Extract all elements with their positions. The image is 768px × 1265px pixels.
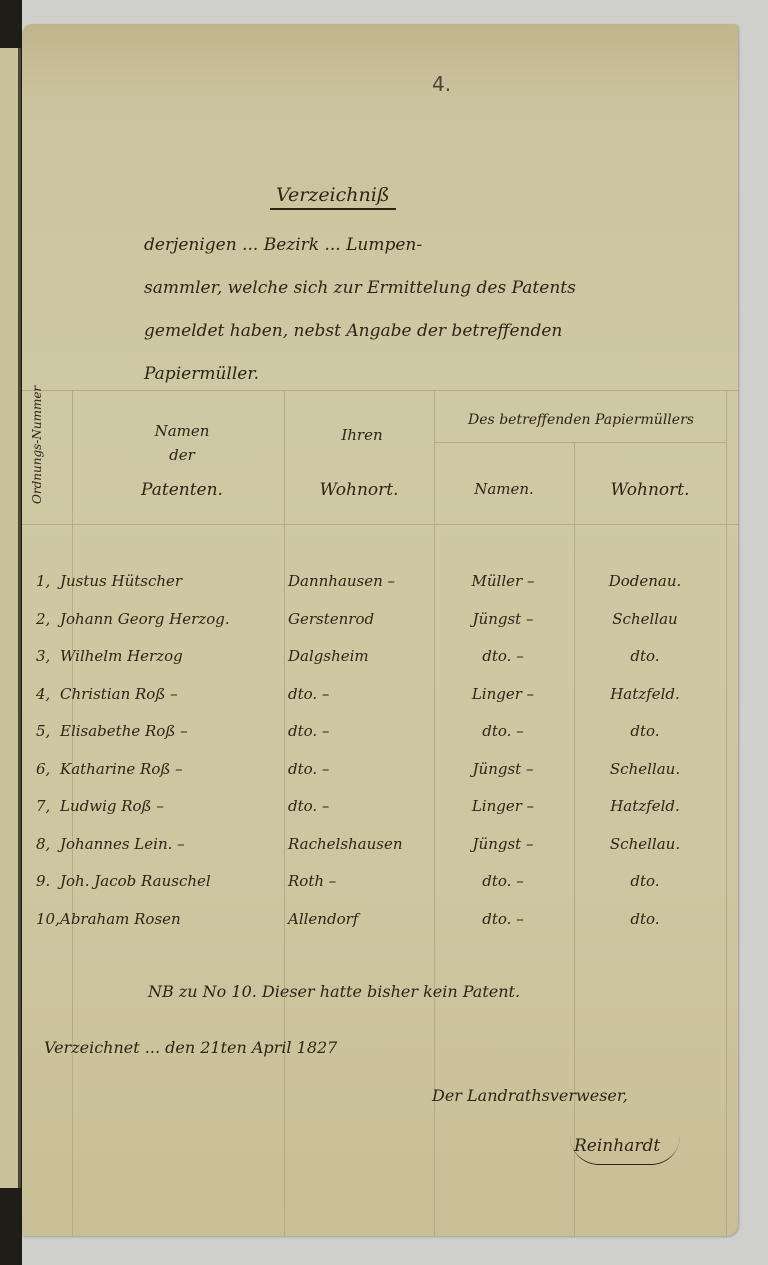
intro-line: gemeldet haben, nebst Angabe der betreff… <box>144 310 724 353</box>
intro-line: sammler, welche sich zur Ermittelung des… <box>144 267 724 310</box>
row-number: 9. <box>36 872 54 890</box>
row-number: 6, <box>36 760 54 778</box>
miller-residence: Hatzfeld. <box>580 797 710 815</box>
header-name-line3: Patenten. <box>102 480 262 500</box>
row-number: 10, <box>36 910 54 928</box>
table-row: 7, Ludwig Roß – dto. – Linger – Hatzfeld… <box>22 797 738 835</box>
miller-residence: dto. <box>580 647 710 665</box>
row-number: 7, <box>36 797 54 815</box>
patentee-residence: dto. – <box>288 760 428 778</box>
header-residence-line2: Wohnort. <box>284 480 434 500</box>
miller-name: Linger – <box>438 685 568 703</box>
miller-name: Jüngst – <box>438 835 568 853</box>
table-top-rule <box>22 390 738 391</box>
table-body: 1, Justus Hütscher Dannhausen – Müller –… <box>22 572 738 947</box>
miller-name: Jüngst – <box>438 760 568 778</box>
patentee-residence: dto. – <box>288 685 428 703</box>
row-number: 1, <box>36 572 54 590</box>
patentee-name: Christian Roß – <box>60 685 280 703</box>
table-row: 1, Justus Hütscher Dannhausen – Müller –… <box>22 572 738 610</box>
table-row: 5, Elisabethe Roß – dto. – dto. – dto. <box>22 722 738 760</box>
header-miller-name: Namen. <box>434 480 574 498</box>
header-name-line1: Namen <box>122 422 242 440</box>
miller-name: Jüngst – <box>438 610 568 628</box>
miller-residence: Schellau <box>580 610 710 628</box>
patentee-residence: dto. – <box>288 722 428 740</box>
miller-residence: dto. <box>580 872 710 890</box>
previous-page-edge <box>0 48 21 1188</box>
patentee-name: Wilhelm Herzog <box>60 647 280 665</box>
row-number: 3, <box>36 647 54 665</box>
intro-paragraph: derjenigen ... Bezirk ... Lumpen- sammle… <box>144 224 724 396</box>
patentee-name: Abraham Rosen <box>60 910 280 928</box>
patentee-residence: Gerstenrod <box>288 610 428 628</box>
patentee-residence: dto. – <box>288 797 428 815</box>
table-row: 4, Christian Roß – dto. – Linger – Hatzf… <box>22 685 738 723</box>
header-bottom-rule <box>22 524 738 525</box>
header-miller-group: Des betreffenden Papiermüllers <box>436 412 726 428</box>
patentee-residence: Dalgsheim <box>288 647 428 665</box>
manuscript-page: 4. Verzeichniß derjenigen ... Bezirk ...… <box>22 24 738 1236</box>
miller-name: dto. – <box>438 910 568 928</box>
header-name-line2: der <box>122 446 242 464</box>
patentee-residence: Allendorf <box>288 910 428 928</box>
miller-residence: Hatzfeld. <box>580 685 710 703</box>
miller-residence: Schellau. <box>580 835 710 853</box>
patentee-residence: Roth – <box>288 872 428 890</box>
patentee-name: Elisabethe Roß – <box>60 722 280 740</box>
patentee-name: Johannes Lein. – <box>60 835 280 853</box>
patentee-residence: Rachelshausen <box>288 835 428 853</box>
miller-name: dto. – <box>438 872 568 890</box>
table-row: 9. Joh. Jacob Rauschel Roth – dto. – dto… <box>22 872 738 910</box>
table-row: 6, Katharine Roß – dto. – Jüngst – Schel… <box>22 760 738 798</box>
ordnungs-nummer-label: Ordnungs-Nummer <box>30 386 44 504</box>
patentee-name: Ludwig Roß – <box>60 797 280 815</box>
miller-name: dto. – <box>438 647 568 665</box>
row-number: 5, <box>36 722 54 740</box>
miller-residence: Schellau. <box>580 760 710 778</box>
table-row: 3, Wilhelm Herzog Dalgsheim dto. – dto. <box>22 647 738 685</box>
signature-name: Reinhardt <box>570 1136 680 1165</box>
miller-group-rule <box>434 442 726 443</box>
miller-name: dto. – <box>438 722 568 740</box>
patentee-name: Joh. Jacob Rauschel <box>60 872 280 890</box>
row-number: 4, <box>36 685 54 703</box>
header-miller-residence: Wohnort. <box>574 480 726 500</box>
patentee-name: Katharine Roß – <box>60 760 280 778</box>
row-number: 2, <box>36 610 54 628</box>
table-row: 2, Johann Georg Herzog. Gerstenrod Jüngs… <box>22 610 738 648</box>
place-date-line: Verzeichnet ... den 21ten April 1827 <box>44 1038 337 1057</box>
patentee-name: Justus Hütscher <box>60 572 280 590</box>
patentee-name: Johann Georg Herzog. <box>60 610 280 628</box>
footnote: NB zu No 10. Dieser hatte bisher kein Pa… <box>148 982 520 1001</box>
row-number: 8, <box>36 835 54 853</box>
signature-title: Der Landrathsverweser, <box>432 1086 628 1105</box>
miller-residence: Dodenau. <box>580 572 710 590</box>
intro-line: derjenigen ... Bezirk ... Lumpen- <box>144 224 724 267</box>
document-title: Verzeichniß <box>270 184 396 210</box>
table-row: 10, Abraham Rosen Allendorf dto. – dto. <box>22 910 738 948</box>
patentee-residence: Dannhausen – <box>288 572 428 590</box>
header-residence-line1: Ihren <box>312 426 412 444</box>
miller-residence: dto. <box>580 722 710 740</box>
miller-name: Müller – <box>438 572 568 590</box>
table-row: 8, Johannes Lein. – Rachelshausen Jüngst… <box>22 835 738 873</box>
folio-number: 4. <box>432 72 451 96</box>
miller-residence: dto. <box>580 910 710 928</box>
miller-name: Linger – <box>438 797 568 815</box>
